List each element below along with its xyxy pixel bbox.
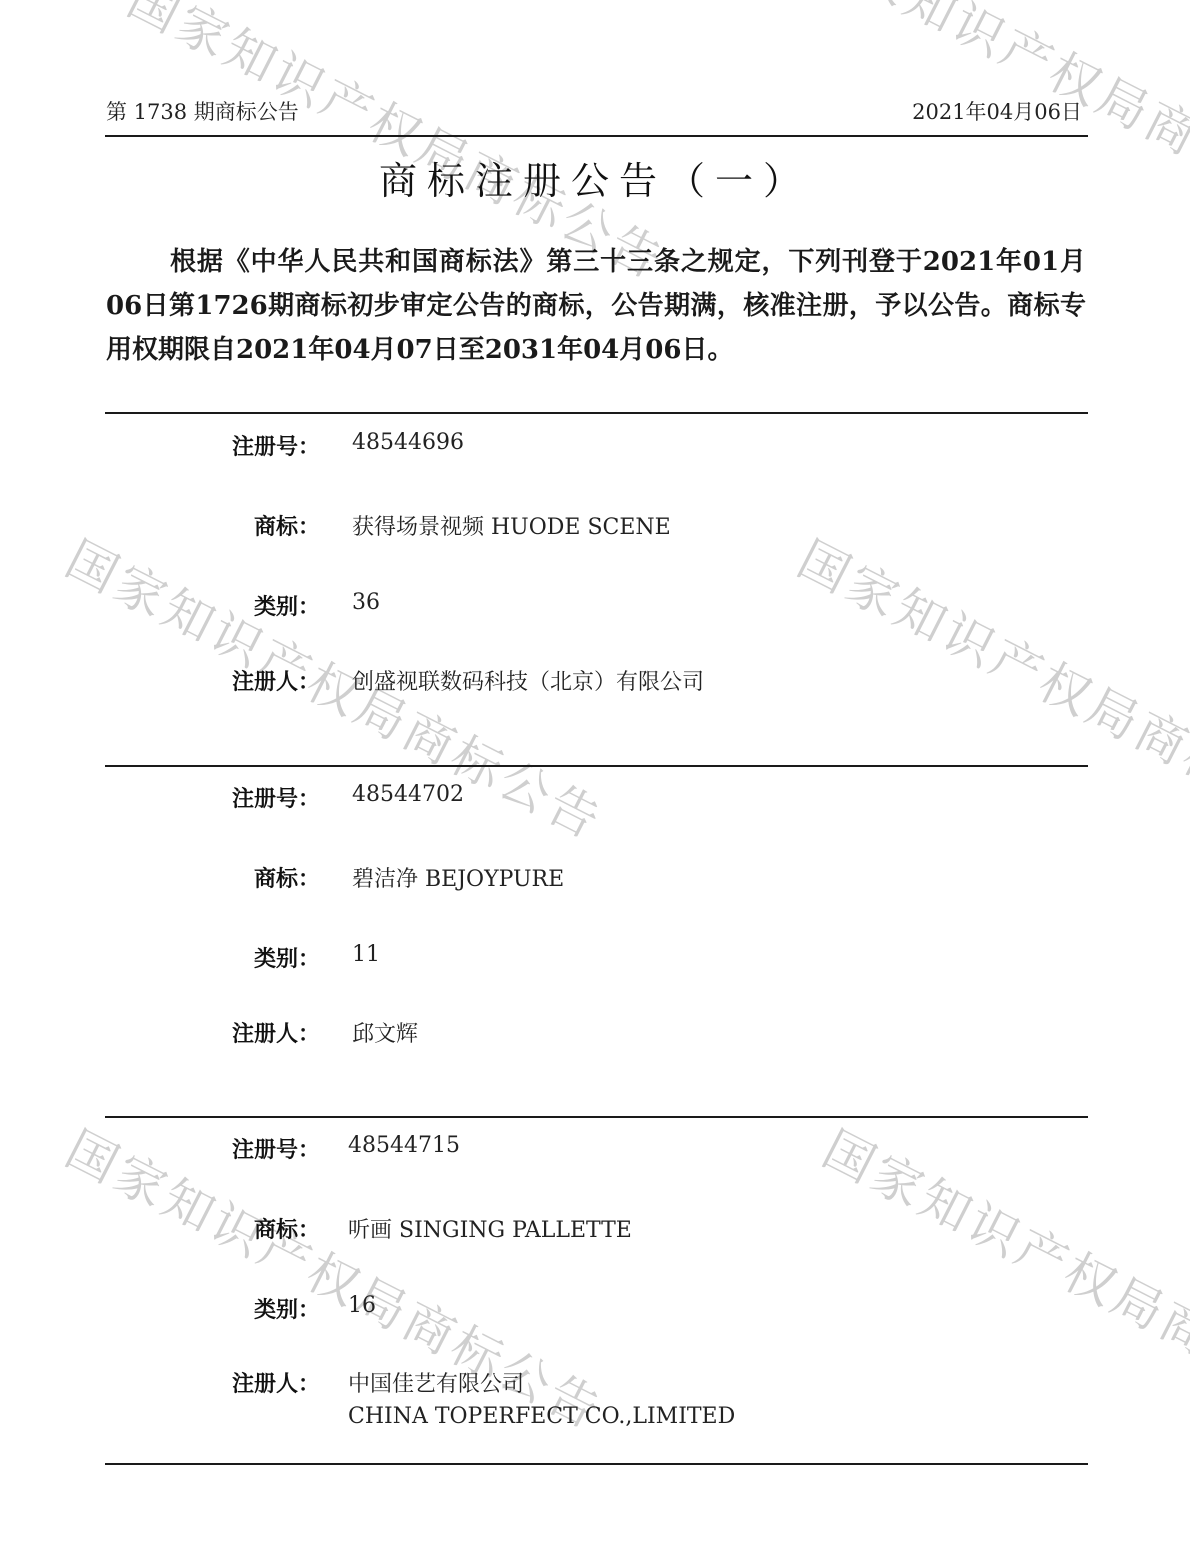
reg-no-value: 48544696 [352,430,464,455]
page-title: 商标注册公告（一） [0,150,1190,205]
class-value: 11 [352,942,380,967]
class-label: 类别： [254,1293,320,1324]
class-value: 36 [352,590,380,615]
reg-no-label: 注册号： [232,430,320,461]
reg-no-row: 注册号： 48544715 [0,1133,1190,1163]
class-row: 类别： 11 [0,942,1190,972]
registrant-en-value: CHINA TOPERFECT CO.,LIMITED [348,1404,735,1429]
class-label: 类别： [254,590,320,621]
registrant-value: 中国佳艺有限公司 [348,1367,524,1398]
mark-label: 商标： [254,510,320,541]
reg-no-value: 48544715 [348,1133,460,1158]
registrant-value: 创盛视联数码科技（北京）有限公司 [352,665,704,696]
registrant-row: 注册人： 中国佳艺有限公司 [0,1367,1190,1397]
mark-row: 商标： 获得场景视频 HUODE SCENE [0,510,1190,540]
reg-no-label: 注册号： [232,1133,320,1164]
registrant-en-row: CHINA TOPERFECT CO.,LIMITED [0,1404,1190,1434]
section-divider [105,765,1088,767]
mark-value: 获得场景视频 HUODE SCENE [352,510,671,541]
section-divider [105,1463,1088,1465]
mark-row: 商标： 听画 SINGING PALLETTE [0,1213,1190,1243]
header-rule [105,135,1088,137]
publication-date: 2021年04月06日 [912,96,1082,126]
class-row: 类别： 16 [0,1293,1190,1323]
reg-no-row: 注册号： 48544696 [0,430,1190,460]
registrant-row: 注册人： 创盛视联数码科技（北京）有限公司 [0,665,1190,695]
mark-value: 听画 SINGING PALLETTE [348,1213,632,1244]
registrant-value: 邱文辉 [352,1017,418,1048]
mark-row: 商标： 碧洁净 BEJOYPURE [0,862,1190,892]
reg-no-label: 注册号： [232,782,320,813]
class-label: 类别： [254,942,320,973]
registrant-row: 注册人： 邱文辉 [0,1017,1190,1047]
reg-no-value: 48544702 [352,782,464,807]
mark-label: 商标： [254,1213,320,1244]
registrant-label: 注册人： [232,1367,320,1398]
class-value: 16 [348,1293,376,1318]
mark-label: 商标： [254,862,320,893]
intro-paragraph: 根据《中华人民共和国商标法》第三十三条之规定，下列刊登于2021年01月06日第… [106,240,1086,372]
class-row: 类别： 36 [0,590,1190,620]
registrant-label: 注册人： [232,665,320,696]
section-divider [105,1116,1088,1118]
section-divider [105,412,1088,414]
issue-number: 第 1738 期商标公告 [106,96,299,126]
mark-value: 碧洁净 BEJOYPURE [352,862,564,893]
registrant-label: 注册人： [232,1017,320,1048]
reg-no-row: 注册号： 48544702 [0,782,1190,812]
